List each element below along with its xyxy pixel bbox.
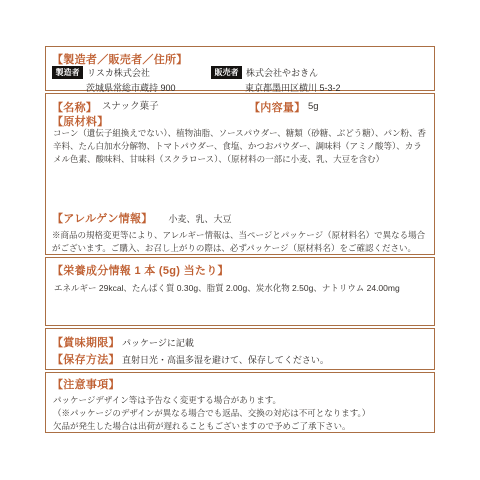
product-name-value: スナック菓子	[102, 100, 159, 113]
allergen-label: 【アレルゲン情報】	[52, 210, 153, 226]
manufacturer-badge: 製造者	[52, 66, 83, 79]
manufacturer-row: 製造者 リスカ株式会社	[52, 66, 176, 79]
seller-column: 販売者 株式会社やおきん 東京都墨田区横川 5-3-2	[211, 66, 341, 94]
maker-seller-section: 【製造者／販売者／住所】 製造者 リスカ株式会社 茨城県常総市蔵持 900 販売…	[45, 46, 435, 91]
ingredients-text: コーン（遺伝子組換えでない）、植物油脂、ソースパウダー、糖類（砂糖、ぶどう糖）、…	[53, 127, 427, 166]
cautions-section: 【注意事項】 パッケージデザイン等は予告なく変更する場合があります。 （※パッケ…	[45, 372, 435, 433]
expiry-row: 【賞味期限】 パッケージに記載	[52, 334, 428, 351]
cautions-lines: パッケージデザイン等は予告なく変更する場合があります。 （※パッケージのデザイン…	[53, 394, 428, 433]
nutrition-section: 【栄養成分情報 1 本 (5g) 当たり】 エネルギー 29kcal、たんぱく質…	[45, 257, 435, 326]
storage-label: 【保存方法】	[52, 351, 122, 367]
net-volume-value: 5g	[308, 100, 319, 113]
caution-line: 欠品が発生した場合は出荷が遅れることもございますので予めご了承下さい。	[53, 420, 428, 433]
name-volume-row: 【名称】 スナック菓子 【内容量】 5g	[52, 99, 428, 113]
maker-section-title: 【製造者／販売者／住所】	[52, 51, 188, 67]
allergen-block: 【アレルゲン情報】 小麦、乳、大豆 ※商品の規格変更等により、アレルギー情報は、…	[52, 210, 428, 254]
allergen-note: ※商品の規格変更等により、アレルギー情報は、当ページとパッケージ（原材料名）で異…	[52, 229, 428, 254]
expiry-label: 【賞味期限】	[52, 334, 122, 350]
seller-row: 販売者 株式会社やおきん	[211, 66, 341, 79]
manufacturer-name: リスカ株式会社	[87, 66, 150, 79]
storage-row: 【保存方法】 直射日光・高温多湿を避けて、保存してください。	[52, 351, 428, 368]
allergen-value: 小麦、乳、大豆	[169, 212, 232, 225]
manufacturer-column: 製造者 リスカ株式会社 茨城県常総市蔵持 900	[52, 66, 176, 94]
nutrition-values: エネルギー 29kcal、たんぱく質 0.30g、脂質 2.00g、炭水化物 2…	[54, 282, 428, 295]
nutrition-title: 【栄養成分情報 1 本 (5g) 当たり】	[52, 262, 428, 278]
product-info-section: 【名称】 スナック菓子 【内容量】 5g 【原材料】 コーン（遺伝子組換えでない…	[45, 93, 435, 255]
expiry-storage-section: 【賞味期限】 パッケージに記載 【保存方法】 直射日光・高温多湿を避けて、保存し…	[45, 328, 435, 370]
caution-line: パッケージデザイン等は予告なく変更する場合があります。	[53, 394, 428, 407]
cautions-title: 【注意事項】	[52, 376, 428, 392]
caution-line: （※パッケージのデザインが異なる場合でも返品、交換の対応は不可となります。）	[53, 407, 428, 420]
seller-badge: 販売者	[211, 66, 242, 79]
expiry-value: パッケージに記載	[122, 336, 194, 349]
storage-value: 直射日光・高温多湿を避けて、保存してください。	[122, 353, 329, 366]
allergen-header-row: 【アレルゲン情報】 小麦、乳、大豆	[52, 210, 428, 226]
product-label-sheet: 【製造者／販売者／住所】 製造者 リスカ株式会社 茨城県常総市蔵持 900 販売…	[0, 0, 480, 480]
seller-name: 株式会社やおきん	[246, 66, 318, 79]
net-volume-label: 【内容量】	[249, 99, 306, 115]
